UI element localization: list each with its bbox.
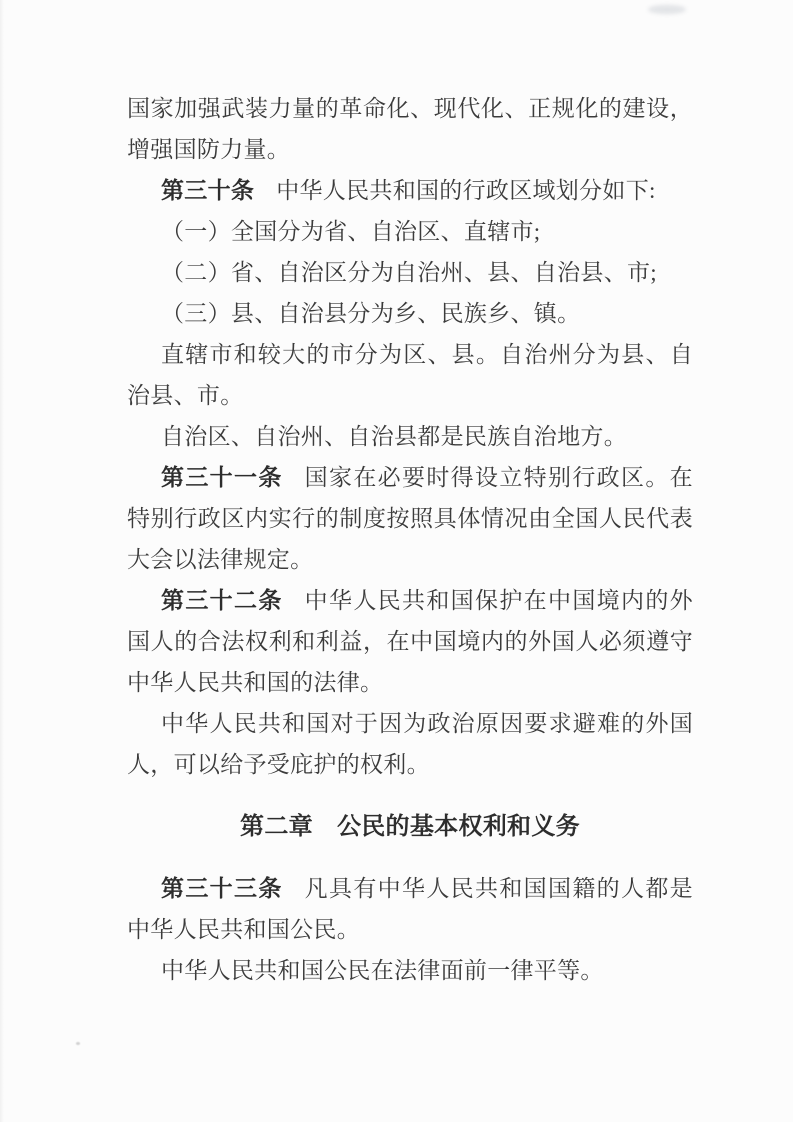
- body-paragraph: 直辖市和较大的市分为区、县。自治州分为县、自治县、市。: [127, 334, 693, 416]
- body-paragraph: 中华人民共和国公民在法律面前一律平等。: [127, 950, 693, 991]
- scan-speck-artifact: [76, 1042, 80, 1045]
- scan-smudge-artifact: [648, 5, 686, 14]
- paragraph-text: 中华人民共和国的行政区域划分如下:: [276, 178, 656, 203]
- paragraph-text: 中华人民共和国公民在法律面前一律平等。: [161, 958, 604, 983]
- document-content: 国家加强武装力量的革命化、现代化、正规化的建设，增强国防力量。第三十条中华人民共…: [127, 88, 693, 991]
- article-number: 第三十条: [161, 177, 254, 203]
- paragraph-text: 自治区、自治州、自治县都是民族自治地方。: [161, 424, 627, 449]
- paragraph-text: 国家加强武装力量的革命化、现代化、正规化的建设，增强国防力量。: [127, 96, 693, 162]
- list-item-paragraph: （二）省、自治区分为自治州、县、自治县、市;: [127, 252, 693, 293]
- chapter-number: 第二章: [240, 813, 313, 840]
- list-item-paragraph: （一）全国分为省、自治区、直辖市;: [127, 211, 693, 252]
- article-number: 第三十三条: [161, 875, 283, 901]
- paragraph-text: （三）县、自治县分为乡、民族乡、镇。: [161, 301, 580, 326]
- article-paragraph: 第三十三条凡具有中华人民共和国国籍的人都是中华人民共和国公民。: [127, 868, 693, 950]
- article-number: 第三十一条: [161, 464, 283, 490]
- paragraph-text: 中华人民共和国对于因为政治原因要求避难的外国人，可以给予受庇护的权利。: [127, 711, 693, 777]
- paragraph-text: （一）全国分为省、自治区、直辖市;: [161, 219, 541, 244]
- document-page: 国家加强武装力量的革命化、现代化、正规化的建设，增强国防力量。第三十条中华人民共…: [0, 0, 793, 1122]
- article-paragraph: 第三十一条国家在必要时得设立特别行政区。在特别行政区内实行的制度按照具体情况由全…: [127, 457, 693, 580]
- body-paragraph: 中华人民共和国对于因为政治原因要求避难的外国人，可以给予受庇护的权利。: [127, 703, 693, 785]
- chapter-heading: 第二章公民的基本权利和义务: [127, 806, 693, 847]
- paragraph-text: 直辖市和较大的市分为区、县。自治州分为县、自治县、市。: [127, 342, 693, 408]
- body-paragraph: 自治区、自治州、自治县都是民族自治地方。: [127, 416, 693, 457]
- article-number: 第三十二条: [161, 587, 283, 613]
- body-paragraph: 国家加强武装力量的革命化、现代化、正规化的建设，增强国防力量。: [127, 88, 693, 170]
- list-item-paragraph: （三）县、自治县分为乡、民族乡、镇。: [127, 293, 693, 334]
- article-paragraph: 第三十二条中华人民共和国保护在中国境内的外国人的合法权利和利益，在中国境内的外国…: [127, 580, 693, 703]
- article-paragraph: 第三十条中华人民共和国的行政区域划分如下:: [127, 170, 693, 211]
- paragraph-text: 公民的基本权利和义务: [337, 813, 580, 840]
- paragraph-text: （二）省、自治区分为自治州、县、自治县、市;: [161, 260, 657, 285]
